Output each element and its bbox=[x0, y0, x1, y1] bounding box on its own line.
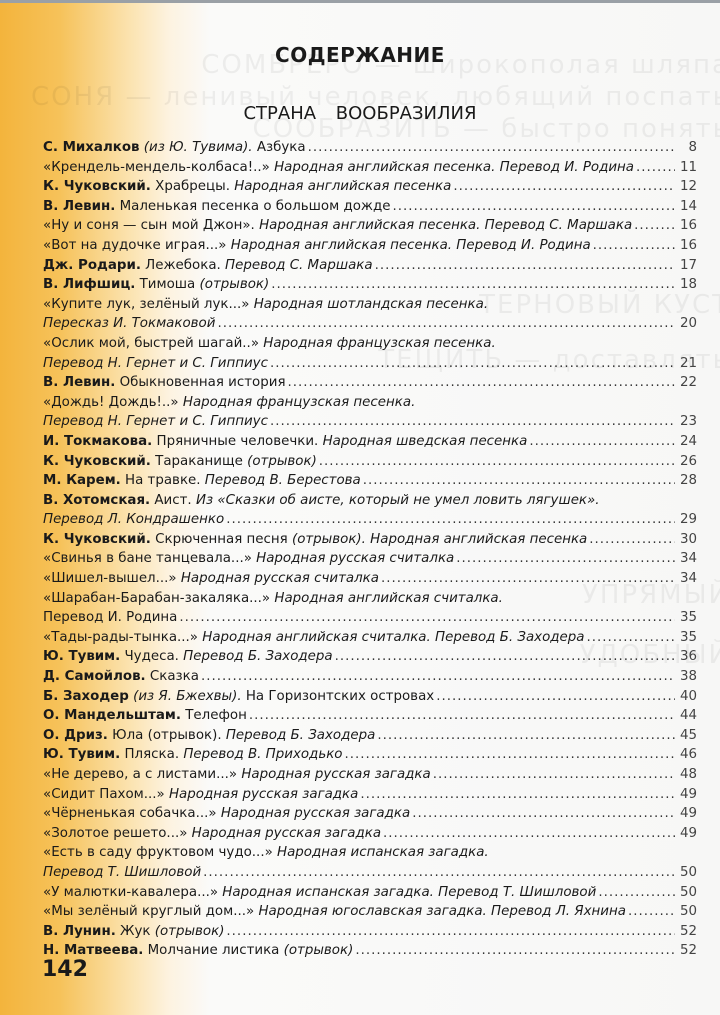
toc-entry-text: «Шарабан-Барабан-закаляка...» Народная а… bbox=[43, 591, 697, 606]
toc-italic-note: Народная русская считалка bbox=[256, 551, 454, 566]
toc-page-number: 28 bbox=[677, 473, 697, 488]
dot-leader bbox=[456, 551, 675, 566]
toc-entry-text: Н. Матвеева. Молчание листика (отрывок) bbox=[43, 943, 353, 958]
toc-page-number: 21 bbox=[677, 356, 697, 371]
dot-leader bbox=[271, 277, 675, 292]
toc-entry-text: «Свинья в бане танцевала...» Народная ру… bbox=[43, 551, 454, 566]
toc-italic-note: Пересказ И. Токмаковой bbox=[43, 316, 215, 331]
toc-page-number: 52 bbox=[677, 943, 697, 958]
toc-entry: «Купите лук, зелёный лук...» Народная шо… bbox=[43, 297, 697, 317]
toc-entry: «Дождь! Дождь!..» Народная французская п… bbox=[43, 395, 697, 415]
toc-entry: В. Левин. Маленькая песенка о большом до… bbox=[43, 199, 697, 219]
toc-italic-note: Народная английская песенка. Перевод И. … bbox=[231, 238, 591, 253]
toc-italic-note: Перевод Л. Кондрашенко bbox=[43, 512, 224, 527]
toc-entry: Перевод Н. Гернет и С. Гиппиус21 bbox=[43, 356, 697, 376]
dot-leader bbox=[593, 238, 675, 253]
toc-title: «Купите лук, зелёный лук...» bbox=[43, 297, 254, 312]
toc-entry-text: Пересказ И. Токмаковой bbox=[43, 316, 215, 331]
toc-entry: В. Левин. Обыкновенная история22 bbox=[43, 375, 697, 395]
toc-entry: «Свинья в бане танцевала...» Народная ру… bbox=[43, 551, 697, 571]
toc-italic-note: Народная шведская песенка bbox=[323, 434, 528, 449]
toc-entry-text: Перевод Л. Кондрашенко bbox=[43, 512, 224, 527]
toc-entry-text: С. Михалков (из Ю. Тувима). Азбука bbox=[43, 140, 306, 155]
dot-leader bbox=[436, 689, 675, 704]
toc-entry-text: Перевод И. Родина bbox=[43, 610, 177, 625]
toc-page-number: 16 bbox=[677, 218, 697, 233]
toc-entry: И. Токмакова. Пряничные человечки. Народ… bbox=[43, 434, 697, 454]
toc-title: Маленькая песенка о большом дожде bbox=[115, 199, 390, 214]
toc-italic-note: Перевод Н. Гернет и С. Гиппиус bbox=[43, 356, 268, 371]
dot-leader bbox=[598, 885, 675, 900]
toc-author: В. Левин. bbox=[43, 199, 115, 214]
toc-entry: «Золотое решето...» Народная русская заг… bbox=[43, 826, 697, 846]
toc-page-number: 16 bbox=[677, 238, 697, 253]
toc-entry-text: «Мы зелёный круглый дом...» Народная юго… bbox=[43, 904, 626, 919]
toc-italic-note: (из Я. Бжехвы). bbox=[133, 689, 241, 704]
dot-leader bbox=[628, 904, 675, 919]
toc-italic-note: Народная французская песенка. bbox=[183, 395, 415, 410]
toc-page-number: 20 bbox=[677, 316, 697, 331]
dot-leader bbox=[393, 199, 676, 214]
dot-leader bbox=[288, 375, 676, 390]
toc-title: Обыкновенная история bbox=[115, 375, 285, 390]
toc-entry-text: Дж. Родари. Лежебока. Перевод С. Маршака bbox=[43, 258, 373, 273]
toc-italic-note: Перевод Б. Заходера bbox=[183, 649, 332, 664]
toc-entry: О. Дриз. Юла (отрывок). Перевод Б. Заход… bbox=[43, 728, 697, 748]
toc-italic-note: Народная русская считалка bbox=[181, 571, 379, 586]
dot-leader bbox=[375, 258, 675, 273]
toc-italic-note: (из Ю. Тувима). bbox=[144, 140, 253, 155]
toc-entry: Б. Заходер (из Я. Бжехвы). На Горизонтск… bbox=[43, 689, 697, 709]
toc-entry: «Шарабан-Барабан-закаляка...» Народная а… bbox=[43, 591, 697, 611]
toc-entry-text: О. Мандельштам. Телефон bbox=[43, 708, 247, 723]
toc-page-number: 11 bbox=[677, 160, 697, 175]
toc-entry: В. Хотомская. Аист. Из «Сказки об аисте,… bbox=[43, 493, 697, 513]
toc-italic-note: Перевод В. Приходько bbox=[183, 747, 342, 762]
toc-entry: М. Карем. На травке. Перевод В. Берестов… bbox=[43, 473, 697, 493]
toc-entry: Ю. Тувим. Чудеса. Перевод Б. Заходера36 bbox=[43, 649, 697, 669]
toc-entry-text: М. Карем. На травке. Перевод В. Берестов… bbox=[43, 473, 361, 488]
toc-entry-text: Перевод Н. Гернет и С. Гиппиус bbox=[43, 356, 268, 371]
dot-leader bbox=[249, 708, 675, 723]
toc-title: «Мы зелёный круглый дом...» bbox=[43, 904, 258, 919]
toc-page-number: 26 bbox=[677, 454, 697, 469]
toc-entry-text: Ю. Тувим. Пляска. Перевод В. Приходько bbox=[43, 747, 343, 762]
toc-italic-note: Народная английская считалка. Перевод Б.… bbox=[202, 630, 584, 645]
toc-author: В. Левин. bbox=[43, 375, 115, 390]
toc-title: «Шишел-вышел...» bbox=[43, 571, 181, 586]
toc-entry: Перевод Н. Гернет и С. Гиппиус23 bbox=[43, 414, 697, 434]
toc-author: Б. Заходер bbox=[43, 689, 129, 704]
toc-italic-note: Народная английская считалка. bbox=[274, 591, 503, 606]
toc-entry: Пересказ И. Токмаковой20 bbox=[43, 316, 697, 336]
toc-page-number: 50 bbox=[677, 885, 697, 900]
toc-entry-text: «Ну и соня — сын мой Джон». Народная анг… bbox=[43, 218, 632, 233]
toc-entry: «Сидит Пахом...» Народная русская загадк… bbox=[43, 787, 697, 807]
dot-leader bbox=[201, 669, 675, 684]
toc-entry: «Крендель-мендель-колбаса!..» Народная а… bbox=[43, 160, 697, 180]
toc-page-number: 14 bbox=[677, 199, 697, 214]
toc-entry-text: В. Левин. Обыкновенная история bbox=[43, 375, 286, 390]
toc-page-number: 34 bbox=[677, 571, 697, 586]
toc-entry: «Мы зелёный круглый дом...» Народная юго… bbox=[43, 904, 697, 924]
toc-title: Юла (отрывок). bbox=[108, 728, 226, 743]
dot-leader bbox=[453, 179, 675, 194]
dot-leader bbox=[636, 160, 675, 175]
toc-page-number: 24 bbox=[677, 434, 697, 449]
toc-entry-text: Б. Заходер (из Я. Бжехвы). На Горизонтск… bbox=[43, 689, 434, 704]
toc-title: Пляска. bbox=[120, 747, 183, 762]
toc-page-number: 8 bbox=[677, 140, 697, 155]
toc-entry: «Ну и соня — сын мой Джон». Народная анг… bbox=[43, 218, 697, 238]
toc-author: И. Токмакова. bbox=[43, 434, 152, 449]
toc-entry: «Вот на дудочке играя...» Народная англи… bbox=[43, 238, 697, 258]
toc-title: Аист. bbox=[150, 493, 196, 508]
toc-italic-note: Народная английская песенка. Перевод С. … bbox=[259, 218, 632, 233]
dot-leader bbox=[383, 826, 675, 841]
toc-author: Ю. Тувим. bbox=[43, 747, 120, 762]
toc-entry-text: В. Лифшиц. Тимоша (отрывок) bbox=[43, 277, 269, 292]
toc-title: «Шарабан-Барабан-закаляка...» bbox=[43, 591, 274, 606]
toc-italic-note: Перевод Б. Заходера bbox=[226, 728, 375, 743]
toc-title: «Есть в саду фруктовом чудо...» bbox=[43, 845, 277, 860]
toc-entry: Ю. Тувим. Пляска. Перевод В. Приходько46 bbox=[43, 747, 697, 767]
toc-italic-note: Народная югославская загадка. Перевод Л.… bbox=[258, 904, 626, 919]
toc-page-number: 35 bbox=[677, 630, 697, 645]
toc-italic-note: (отрывок). Народная английская песенка bbox=[292, 532, 587, 547]
toc-entry: Перевод Л. Кондрашенко29 bbox=[43, 512, 697, 532]
toc-italic-note: (отрывок) bbox=[155, 924, 225, 939]
toc-entry: «Шишел-вышел...» Народная русская считал… bbox=[43, 571, 697, 591]
toc-title: «Крендель-мендель-колбаса!..» bbox=[43, 160, 274, 175]
toc-author: В. Лунин. bbox=[43, 924, 116, 939]
page-title: СОДЕРЖАНИЕ bbox=[0, 43, 720, 67]
toc-page-number: 17 bbox=[677, 258, 697, 273]
toc-entry-text: К. Чуковский. Скрюченная песня (отрывок)… bbox=[43, 532, 587, 547]
toc-italic-note: Народная французская песенка. bbox=[263, 336, 495, 351]
toc-entry-text: И. Токмакова. Пряничные человечки. Народ… bbox=[43, 434, 527, 449]
toc-entry-text: «Вот на дудочке играя...» Народная англи… bbox=[43, 238, 591, 253]
toc-entry: Перевод Т. Шишловой50 bbox=[43, 865, 697, 885]
toc-entry: В. Лифшиц. Тимоша (отрывок)18 bbox=[43, 277, 697, 297]
toc-entry-text: «Ослик мой, быстрей шагай..» Народная фр… bbox=[43, 336, 697, 351]
toc-title: На травке. bbox=[121, 473, 205, 488]
toc-entry: Н. Матвеева. Молчание листика (отрывок)5… bbox=[43, 943, 697, 963]
dot-leader bbox=[345, 747, 676, 762]
dot-leader bbox=[308, 140, 675, 155]
toc-author: К. Чуковский. bbox=[43, 532, 151, 547]
toc-italic-note: Народная русская загадка bbox=[241, 767, 430, 782]
toc-page-number: 49 bbox=[677, 826, 697, 841]
dot-leader bbox=[363, 473, 675, 488]
toc-page-number: 29 bbox=[677, 512, 697, 527]
toc-title: Лежебока. bbox=[141, 258, 225, 273]
toc-title: «Дождь! Дождь!..» bbox=[43, 395, 183, 410]
toc-page-number: 38 bbox=[677, 669, 697, 684]
dot-leader bbox=[217, 316, 675, 331]
toc-title: «Сидит Пахом...» bbox=[43, 787, 169, 802]
toc-entry-text: Перевод Т. Шишловой bbox=[43, 865, 201, 880]
toc-entry: В. Лунин. Жук (отрывок)52 bbox=[43, 924, 697, 944]
toc-italic-note: Народная испанская загадка. bbox=[277, 845, 489, 860]
toc-entry: К. Чуковский. Скрюченная песня (отрывок)… bbox=[43, 532, 697, 552]
toc-page-number: 49 bbox=[677, 806, 697, 821]
dot-leader bbox=[270, 356, 675, 371]
toc-entry-text: О. Дриз. Юла (отрывок). Перевод Б. Заход… bbox=[43, 728, 375, 743]
toc-italic-note: Из «Сказки об аисте, который не умел лов… bbox=[196, 493, 600, 508]
toc-page-number: 50 bbox=[677, 865, 697, 880]
toc-entry-text: К. Чуковский. Храбрецы. Народная английс… bbox=[43, 179, 451, 194]
toc-italic-note: Перевод С. Маршака bbox=[225, 258, 373, 273]
dot-leader bbox=[203, 865, 675, 880]
toc-page-number: 48 bbox=[677, 767, 697, 782]
toc-title: Телефон bbox=[181, 708, 247, 723]
page-number: 142 bbox=[42, 957, 88, 982]
toc-page-number: 45 bbox=[677, 728, 697, 743]
dot-leader bbox=[377, 728, 675, 743]
toc-entry: О. Мандельштам. Телефон44 bbox=[43, 708, 697, 728]
toc-entry: «Есть в саду фруктовом чудо...» Народная… bbox=[43, 845, 697, 865]
toc-entry-text: «Крендель-мендель-колбаса!..» Народная а… bbox=[43, 160, 634, 175]
toc-entry: Перевод И. Родина35 bbox=[43, 610, 697, 630]
toc-title: «Тады-рады-тынка...» bbox=[43, 630, 202, 645]
dot-leader bbox=[270, 414, 675, 429]
dot-leader bbox=[360, 787, 675, 802]
toc-entry-text: Перевод Н. Гернет и С. Гиппиус bbox=[43, 414, 268, 429]
toc-title: Жук bbox=[116, 924, 155, 939]
toc-title: «Свинья в бане танцевала...» bbox=[43, 551, 256, 566]
toc-author: С. Михалков bbox=[43, 140, 140, 155]
table-of-contents: С. Михалков (из Ю. Тувима). Азбука8«Крен… bbox=[43, 140, 697, 963]
toc-entry: С. Михалков (из Ю. Тувима). Азбука8 bbox=[43, 140, 697, 160]
toc-italic-note: (отрывок) bbox=[284, 943, 354, 958]
toc-entry: Дж. Родари. Лежебока. Перевод С. Маршака… bbox=[43, 258, 697, 278]
toc-entry-text: «Сидит Пахом...» Народная русская загадк… bbox=[43, 787, 358, 802]
toc-page-number: 35 bbox=[677, 610, 697, 625]
toc-entry: «Ослик мой, быстрей шагай..» Народная фр… bbox=[43, 336, 697, 356]
toc-entry-text: В. Хотомская. Аист. Из «Сказки об аисте,… bbox=[43, 493, 697, 508]
toc-page-number: 49 bbox=[677, 787, 697, 802]
toc-italic-note: Народная испанская загадка. Перевод Т. Ш… bbox=[222, 885, 596, 900]
toc-page-number: 52 bbox=[677, 924, 697, 939]
dot-leader bbox=[433, 767, 675, 782]
toc-page-number: 22 bbox=[677, 375, 697, 390]
dot-leader bbox=[412, 806, 675, 821]
toc-italic-note: Перевод Н. Гернет и С. Гиппиус bbox=[43, 414, 268, 429]
toc-author: Ю. Тувим. bbox=[43, 649, 120, 664]
toc-author: О. Дриз. bbox=[43, 728, 108, 743]
toc-italic-note: Перевод В. Берестова bbox=[205, 473, 361, 488]
toc-title: Скрюченная песня bbox=[151, 532, 292, 547]
toc-entry-text: «Дождь! Дождь!..» Народная французская п… bbox=[43, 395, 697, 410]
toc-page-number: 46 bbox=[677, 747, 697, 762]
toc-italic-note: Народная английская песенка bbox=[234, 179, 451, 194]
toc-entry-text: «Не дерево, а с листами...» Народная рус… bbox=[43, 767, 431, 782]
toc-author: Д. Самойлов. bbox=[43, 669, 146, 684]
toc-page-number: 18 bbox=[677, 277, 697, 292]
toc-page-number: 34 bbox=[677, 551, 697, 566]
toc-author: В. Лифшиц. bbox=[43, 277, 135, 292]
toc-author: К. Чуковский. bbox=[43, 454, 151, 469]
toc-entry-text: «Тады-рады-тынка...» Народная английская… bbox=[43, 630, 584, 645]
dot-leader bbox=[179, 610, 675, 625]
toc-author: М. Карем. bbox=[43, 473, 121, 488]
toc-title: Молчание листика bbox=[143, 943, 283, 958]
toc-entry-text: В. Лунин. Жук (отрывок) bbox=[43, 924, 224, 939]
toc-italic-note: Народная шотландская песенка. bbox=[254, 297, 488, 312]
toc-entry: «У малютки-кавалера...» Народная испанск… bbox=[43, 885, 697, 905]
toc-title: Тараканище bbox=[151, 454, 247, 469]
toc-entry-text: «Шишел-вышел...» Народная русская считал… bbox=[43, 571, 379, 586]
toc-entry-text: Ю. Тувим. Чудеса. Перевод Б. Заходера bbox=[43, 649, 333, 664]
toc-page-number: 23 bbox=[677, 414, 697, 429]
toc-title: Чудеса. bbox=[120, 649, 183, 664]
top-edge-line bbox=[0, 0, 720, 3]
toc-title: На Горизонтских островах bbox=[242, 689, 435, 704]
toc-title: «Вот на дудочке играя...» bbox=[43, 238, 231, 253]
toc-entry-text: «Есть в саду фруктовом чудо...» Народная… bbox=[43, 845, 697, 860]
toc-author: В. Хотомская. bbox=[43, 493, 150, 508]
toc-page-number: 30 bbox=[677, 532, 697, 547]
toc-entry-text: В. Левин. Маленькая песенка о большом до… bbox=[43, 199, 391, 214]
toc-italic-note: Народная русская загадка bbox=[221, 806, 410, 821]
dot-leader bbox=[586, 630, 675, 645]
toc-title: «Золотое решето...» bbox=[43, 826, 192, 841]
toc-entry: «Не дерево, а с листами...» Народная рус… bbox=[43, 767, 697, 787]
toc-italic-note: (отрывок) bbox=[200, 277, 270, 292]
toc-entry: К. Чуковский. Тараканище (отрывок)26 bbox=[43, 454, 697, 474]
toc-page-number: 40 bbox=[677, 689, 697, 704]
toc-italic-note: Народная русская загадка bbox=[169, 787, 358, 802]
toc-entry: К. Чуковский. Храбрецы. Народная английс… bbox=[43, 179, 697, 199]
toc-italic-note: Народная английская песенка. Перевод И. … bbox=[274, 160, 634, 175]
toc-italic-note: Народная русская загадка bbox=[192, 826, 381, 841]
toc-title: «Ну и соня — сын мой Джон». bbox=[43, 218, 259, 233]
toc-title: Храбрецы. bbox=[151, 179, 234, 194]
dot-leader bbox=[381, 571, 675, 586]
toc-author: О. Мандельштам. bbox=[43, 708, 181, 723]
toc-page-number: 36 bbox=[677, 649, 697, 664]
toc-entry: «Тады-рады-тынка...» Народная английская… bbox=[43, 630, 697, 650]
toc-italic-note: Перевод Т. Шишловой bbox=[43, 865, 201, 880]
dot-leader bbox=[335, 649, 675, 664]
toc-entry-text: «Чёрненькая собачка...» Народная русская… bbox=[43, 806, 410, 821]
dot-leader bbox=[355, 943, 675, 958]
toc-page-number: 44 bbox=[677, 708, 697, 723]
toc-entry: «Чёрненькая собачка...» Народная русская… bbox=[43, 806, 697, 826]
dot-leader bbox=[634, 218, 675, 233]
toc-entry-text: «Золотое решето...» Народная русская заг… bbox=[43, 826, 381, 841]
toc-title: «Чёрненькая собачка...» bbox=[43, 806, 221, 821]
toc-title: «Ослик мой, быстрей шагай..» bbox=[43, 336, 263, 351]
toc-title: «Не дерево, а с листами...» bbox=[43, 767, 241, 782]
toc-entry-text: «У малютки-кавалера...» Народная испанск… bbox=[43, 885, 596, 900]
dot-leader bbox=[589, 532, 675, 547]
dot-leader bbox=[226, 512, 675, 527]
toc-title: «У малютки-кавалера...» bbox=[43, 885, 222, 900]
toc-entry-text: Д. Самойлов. Сказка bbox=[43, 669, 199, 684]
toc-author: К. Чуковский. bbox=[43, 179, 151, 194]
toc-italic-note: (отрывок) bbox=[247, 454, 317, 469]
toc-title: Пряничные человечки. bbox=[152, 434, 322, 449]
dot-leader bbox=[319, 454, 675, 469]
toc-title: Сказка bbox=[146, 669, 199, 684]
toc-title: Азбука bbox=[253, 140, 306, 155]
toc-title: Тимоша bbox=[135, 277, 199, 292]
toc-page-number: 50 bbox=[677, 904, 697, 919]
dot-leader bbox=[529, 434, 675, 449]
toc-entry-text: К. Чуковский. Тараканище (отрывок) bbox=[43, 454, 317, 469]
toc-entry-text: «Купите лук, зелёный лук...» Народная шо… bbox=[43, 297, 697, 312]
toc-entry: Д. Самойлов. Сказка38 bbox=[43, 669, 697, 689]
toc-author: Дж. Родари. bbox=[43, 258, 141, 273]
toc-title: Перевод И. Родина bbox=[43, 610, 177, 625]
toc-page-number: 12 bbox=[677, 179, 697, 194]
section-title: СТРАНА ВООБРАЗИЛИЯ bbox=[0, 103, 720, 124]
dot-leader bbox=[226, 924, 675, 939]
